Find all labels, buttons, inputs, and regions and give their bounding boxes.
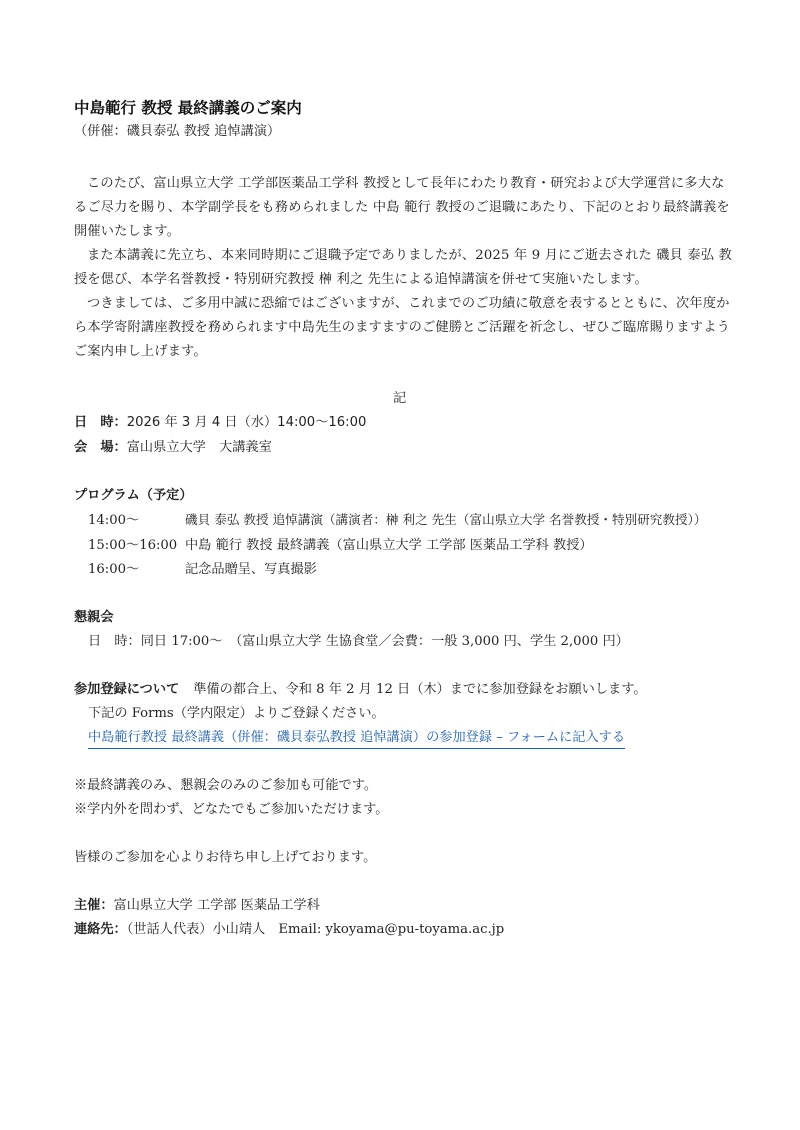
closing-text: 皆様のご参加を心よりお待ち申し上げております。 [74, 851, 376, 864]
document-title: 中島範行 教授 最終講義のご案内 [74, 101, 302, 117]
ki-heading: 記 [393, 392, 406, 405]
datetime-row: 日 時：2026 年 3 月 4 日（水）14:00～16:00 [74, 416, 366, 429]
document-page: 中島範行 教授 最終講義のご案内 （併催：磯貝泰弘 教授 追悼講演） このたび、… [0, 0, 800, 1130]
intro-paragraph-1: このたび、富山県立大学 工学部医薬品工学科 教授として長年にわたり教育・研究およ… [74, 172, 734, 244]
organizer-value: 富山県立大学 工学部 医薬品工学科 [114, 898, 320, 913]
datetime-label: 日 時： [74, 415, 127, 430]
registration-link-wrap: 中島範行教授 最終講義（併催：磯貝泰弘教授 追悼講演）の参加登録 – フォームに… [88, 731, 625, 744]
reception-details: 日 時：同日 17:00～ （富山県立大学 生協食堂／会費：一般 3,000 円… [88, 635, 629, 648]
program-desc-3: 記念品贈呈、写真撮影 [185, 563, 317, 576]
registration-heading: 参加登録について [74, 682, 179, 697]
venue-row: 会 場：富山県立大学 大講義室 [74, 441, 272, 454]
datetime-value: 2026 年 3 月 4 日（水）14:00～16:00 [127, 415, 367, 430]
venue-value: 富山県立大学 大講義室 [127, 440, 272, 455]
intro-paragraph-3: つきましては、ご多用中誠に恐縮ではございますが、これまでのご功績に敬意を表すると… [74, 292, 734, 364]
organizer-row: 主催：富山県立大学 工学部 医薬品工学科 [74, 899, 320, 912]
forms-instruction: 下記の Forms（学内限定）よりご登録ください。 [88, 707, 385, 720]
note-1: ※最終講義のみ、懇親会のみのご参加も可能です。 [74, 779, 377, 792]
program-time-2: 15:00～16:00 [88, 539, 177, 552]
contact-row: 連絡先：（世話人代表）小山靖人 Email: ykoyama@pu-toyama… [74, 923, 504, 936]
contact-value: （世話人代表）小山靖人 Email: ykoyama@pu-toyama.ac.… [127, 922, 504, 937]
organizer-label: 主催： [74, 898, 114, 913]
registration-deadline: 準備の都合上、令和 8 年 2 月 12 日（木）までに参加登録をお願いします。 [193, 682, 646, 697]
reception-heading: 懇親会 [74, 611, 114, 624]
intro-paragraph-2: また本講義に先立ち、本来同時期にご退職予定でありましたが、2025 年 9 月に… [74, 244, 734, 292]
program-time-1: 14:00～ [88, 514, 139, 527]
venue-label: 会 場： [74, 440, 127, 455]
registration-row: 参加登録について準備の都合上、令和 8 年 2 月 12 日（木）までに参加登録… [74, 683, 647, 696]
registration-form-link[interactable]: 中島範行教授 最終講義（併催：磯貝泰弘教授 追悼講演）の参加登録 – フォームに… [88, 730, 625, 749]
contact-label: 連絡先： [74, 922, 127, 937]
program-desc-2: 中島 範行 教授 最終講義（富山県立大学 工学部 医薬品工学科 教授） [185, 539, 593, 552]
program-time-3: 16:00～ [88, 563, 139, 576]
note-2: ※学内外を問わず、どなたでもご参加いただけます。 [74, 803, 388, 816]
program-heading: プログラム（予定） [74, 489, 193, 502]
document-subtitle: （併催：磯貝泰弘 教授 追悼講演） [74, 125, 280, 138]
program-desc-1: 磯貝 泰弘 教授 追悼講演（講演者：榊 利之 先生（富山県立大学 名誉教授・特別… [185, 514, 706, 527]
